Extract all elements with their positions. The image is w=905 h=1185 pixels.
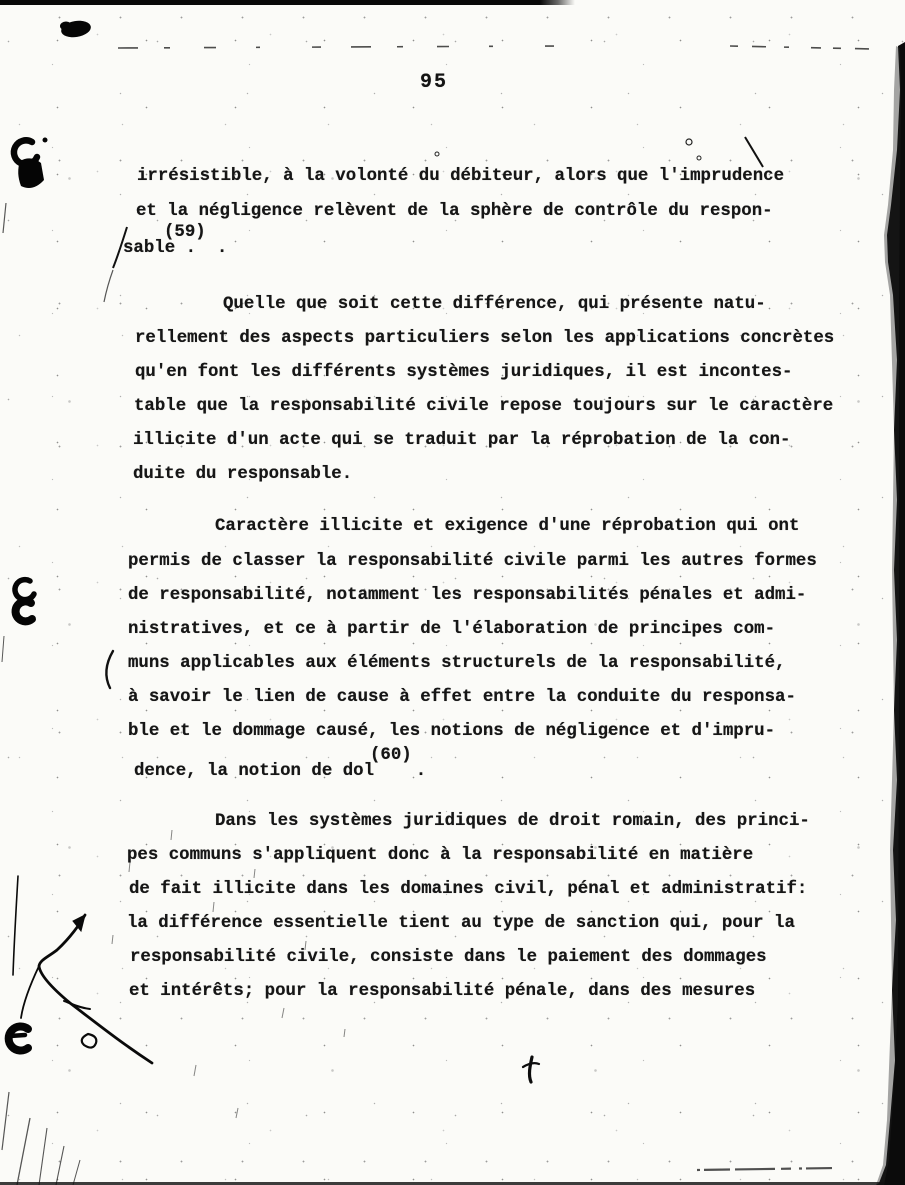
text-line: à savoir le lien de cause à effet entre …: [128, 687, 796, 709]
text-line: et intérêts; pour la responsabilité péna…: [129, 981, 755, 1003]
scan-dash-noise-top-right: [730, 46, 874, 49]
text-line: duite du responsable.: [133, 464, 352, 486]
page-number: 95: [420, 71, 448, 94]
tick-noise: [112, 830, 345, 1118]
circle-speck: [435, 152, 439, 156]
text-line: pes communs s'appliquent donc à la respo…: [127, 845, 753, 867]
scratch-lines: [2, 203, 80, 1185]
binder-ring-mark-top: [14, 138, 48, 189]
text-line: ble et le dommage causé, les notions de …: [128, 721, 775, 743]
dagger-mark: [523, 1057, 539, 1082]
binder-ring-mark-bottom: [9, 1027, 28, 1051]
text-line: dence, la notion de dol .: [134, 761, 426, 783]
scanned-document-page: 95 irrésistible, à la volonté du débiteu…: [0, 0, 905, 1185]
text-line: et la négligence relèvent de la sphère d…: [136, 201, 773, 223]
scan-dash-noise-top-left: [118, 46, 560, 48]
text-line: rellement des aspects particuliers selon…: [135, 328, 834, 350]
text-line: table que la responsabilité civile repos…: [134, 396, 833, 418]
text-line: nistratives, et ce à partir de l'élabora…: [128, 619, 775, 641]
pen-scribble: [13, 876, 152, 1063]
scan-edge-right-fringe: [876, 46, 901, 1185]
circle-speck: [686, 139, 692, 145]
scan-dash-noise-bottom: [697, 1168, 836, 1170]
text-line: Quelle que soit cette différence, qui pr…: [223, 294, 766, 316]
text-line: la différence essentielle tient au type …: [127, 913, 795, 935]
text-line: de fait illicite dans les domaines civil…: [129, 879, 807, 901]
text-line: irrésistible, à la volonté du débiteur, …: [137, 166, 784, 188]
text-line: illicite d'un acte qui se traduit par la…: [133, 430, 790, 452]
scan-edge-top: [0, 0, 575, 5]
ink-blob-mark: [60, 19, 92, 39]
text-line: sable . .: [123, 238, 227, 260]
pen-stroke-mark: [745, 137, 763, 167]
scan-edge-bottom: [0, 1182, 884, 1185]
text-line: responsabilité civile, consiste dans le …: [130, 947, 767, 969]
text-line: Caractère illicite et exigence d'une rép…: [215, 516, 799, 538]
circle-speck: [697, 156, 701, 160]
text-line: muns applicables aux éléments structurel…: [128, 653, 785, 675]
binder-ring-mark-middle: [15, 580, 34, 622]
scan-edge-right: [876, 42, 905, 1185]
text-line: de responsabilité, notamment les respons…: [128, 585, 806, 607]
text-line: permis de classer la responsabilité civi…: [128, 551, 817, 573]
paren-pen-mark: [106, 651, 113, 688]
text-line: qu'en font les différents systèmes jurid…: [135, 362, 792, 384]
text-line: Dans les systèmes juridiques de droit ro…: [215, 811, 810, 833]
